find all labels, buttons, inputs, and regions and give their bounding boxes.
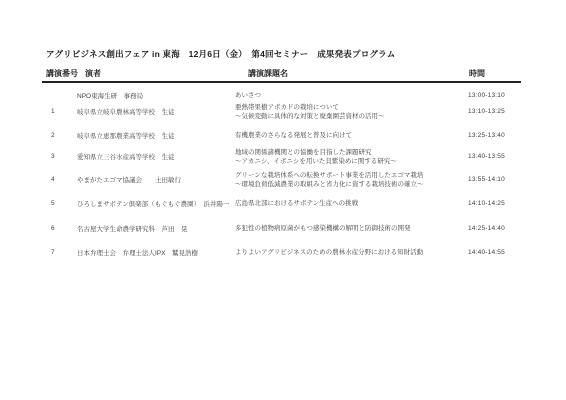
time-slot: 13:00-13:10 xyxy=(468,92,522,99)
lecture-number: 4 xyxy=(42,176,76,183)
page-title: アグリビジネス創出フェア in 東海 12月6日（金） 第4回セミナー 成果発表… xyxy=(46,48,395,60)
speaker-name: NPO東海生研 事務局 xyxy=(76,91,235,100)
subject-line-1: 広島県北部におけるサボテン生産への挑戦 xyxy=(235,199,468,208)
subject-line-2: ～環境負荷低減農業の取組みと省力化に資する栽培技術の確立～ xyxy=(235,180,468,189)
document-page: アグリビジネス創出フェア in 東海 12月6日（金） 第4回セミナー 成果発表… xyxy=(0,0,566,400)
lecture-number: 2 xyxy=(42,132,76,139)
subject-line-1: グリーンな栽培体系への転換サポート事業を活用したエゴマ栽培 xyxy=(235,171,468,180)
table-row: 3 愛知県立三谷水産高等学校 生徒 地域の関係諸機関との協働を目指した課題研究 … xyxy=(42,146,522,167)
subject-line-1: 亜熱帯果樹アボカドの栽培について xyxy=(235,103,468,112)
column-header-lecture-number: 講演番号 xyxy=(46,68,78,79)
time-slot: 13:25-13:40 xyxy=(468,132,522,139)
table-row: 6 名古屋大学生命農学研究科 芦田 晃 多犯性の植物病原菌がもつ感染機構の解明と… xyxy=(42,222,522,234)
time-slot: 14:10-14:25 xyxy=(468,200,522,207)
speaker-name: 岐阜県立恵那農業高等学校 生徒 xyxy=(76,131,235,140)
lecture-subject: グリーンな栽培体系への転換サポート事業を活用したエゴマ栽培 ～環境負荷低減農業の… xyxy=(235,171,468,189)
time-slot: 13:55-14:10 xyxy=(468,176,522,183)
lecture-subject: 広島県北部におけるサボテン生産への挑戦 xyxy=(235,199,468,208)
table-row: 1 岐阜県立岐阜農林高等学校 生徒 亜熱帯果樹アボカドの栽培について ～気候変動… xyxy=(42,101,522,122)
column-header-time: 時間 xyxy=(469,68,485,79)
table-row: NPO東海生研 事務局 あいさつ 13:00-13:10 xyxy=(42,89,522,101)
subject-line-1: 有機農業のさらなる発展と普及に向けて xyxy=(235,131,468,140)
speaker-name: 名古屋大学生命農学研究科 芦田 晃 xyxy=(76,224,235,233)
lecture-subject: よりよいアグリビジネスのための農林水産分野における知財活動 xyxy=(235,248,468,257)
time-slot: 13:10-13:25 xyxy=(468,108,522,115)
header-rule xyxy=(42,81,521,83)
column-header-speaker: 演者 xyxy=(85,68,101,79)
lecture-number: 5 xyxy=(42,200,76,207)
lecture-subject: 亜熱帯果樹アボカドの栽培について ～気候変動に具体的な対策と廃棄園芸資材の活用～ xyxy=(235,103,468,121)
lecture-number: 6 xyxy=(42,225,76,232)
lecture-subject: 地域の関係諸機関との協働を目指した課題研究 ～アカニシ、イボニシを用いた貝紫染め… xyxy=(235,148,468,166)
subject-line-1: 地域の関係諸機関との協働を目指した課題研究 xyxy=(235,148,468,157)
lecture-number: 1 xyxy=(42,108,76,115)
lecture-number: 3 xyxy=(42,153,76,160)
table-row: 7 日本弁理士会 弁理士法人IPX 鷲見浩樹 よりよいアグリビジネスのための農林… xyxy=(42,246,522,258)
speaker-name: 日本弁理士会 弁理士法人IPX 鷲見浩樹 xyxy=(76,248,235,257)
subject-line-1: よりよいアグリビジネスのための農林水産分野における知財活動 xyxy=(235,248,468,257)
table-row: 5 ひろしまサボテン倶楽部（もぐもぐ農園） 浜井陽一 広島県北部におけるサボテン… xyxy=(42,197,522,209)
speaker-name: 愛知県立三谷水産高等学校 生徒 xyxy=(76,152,235,161)
time-slot: 13:40-13:55 xyxy=(468,153,522,160)
table-row: 4 やまがたエゴマ協議会 土田敏行 グリーンな栽培体系への転換サポート事業を活用… xyxy=(42,169,522,190)
subject-line-1: あいさつ xyxy=(235,91,468,100)
speaker-name: ひろしまサボテン倶楽部（もぐもぐ農園） 浜井陽一 xyxy=(76,199,235,208)
lecture-subject: 多犯性の植物病原菌がもつ感染機構の解明と防御技術の開発 xyxy=(235,224,468,233)
lecture-number: 7 xyxy=(42,249,76,256)
subject-line-2: ～気候変動に具体的な対策と廃棄園芸資材の活用～ xyxy=(235,112,468,121)
lecture-subject: あいさつ xyxy=(235,91,468,100)
table-row: 2 岐阜県立恵那農業高等学校 生徒 有機農業のさらなる発展と普及に向けて 13:… xyxy=(42,129,522,141)
column-header-subject: 講演課題名 xyxy=(248,68,288,79)
speaker-name: 岐阜県立岐阜農林高等学校 生徒 xyxy=(76,107,235,116)
subject-line-2: ～アカニシ、イボニシを用いた貝紫染めに関する研究～ xyxy=(235,157,468,166)
time-slot: 14:40-14:55 xyxy=(468,249,522,256)
time-slot: 14:25-14:40 xyxy=(468,225,522,232)
lecture-subject: 有機農業のさらなる発展と普及に向けて xyxy=(235,131,468,140)
speaker-name: やまがたエゴマ協議会 土田敏行 xyxy=(76,175,235,184)
subject-line-1: 多犯性の植物病原菌がもつ感染機構の解明と防御技術の開発 xyxy=(235,224,468,233)
